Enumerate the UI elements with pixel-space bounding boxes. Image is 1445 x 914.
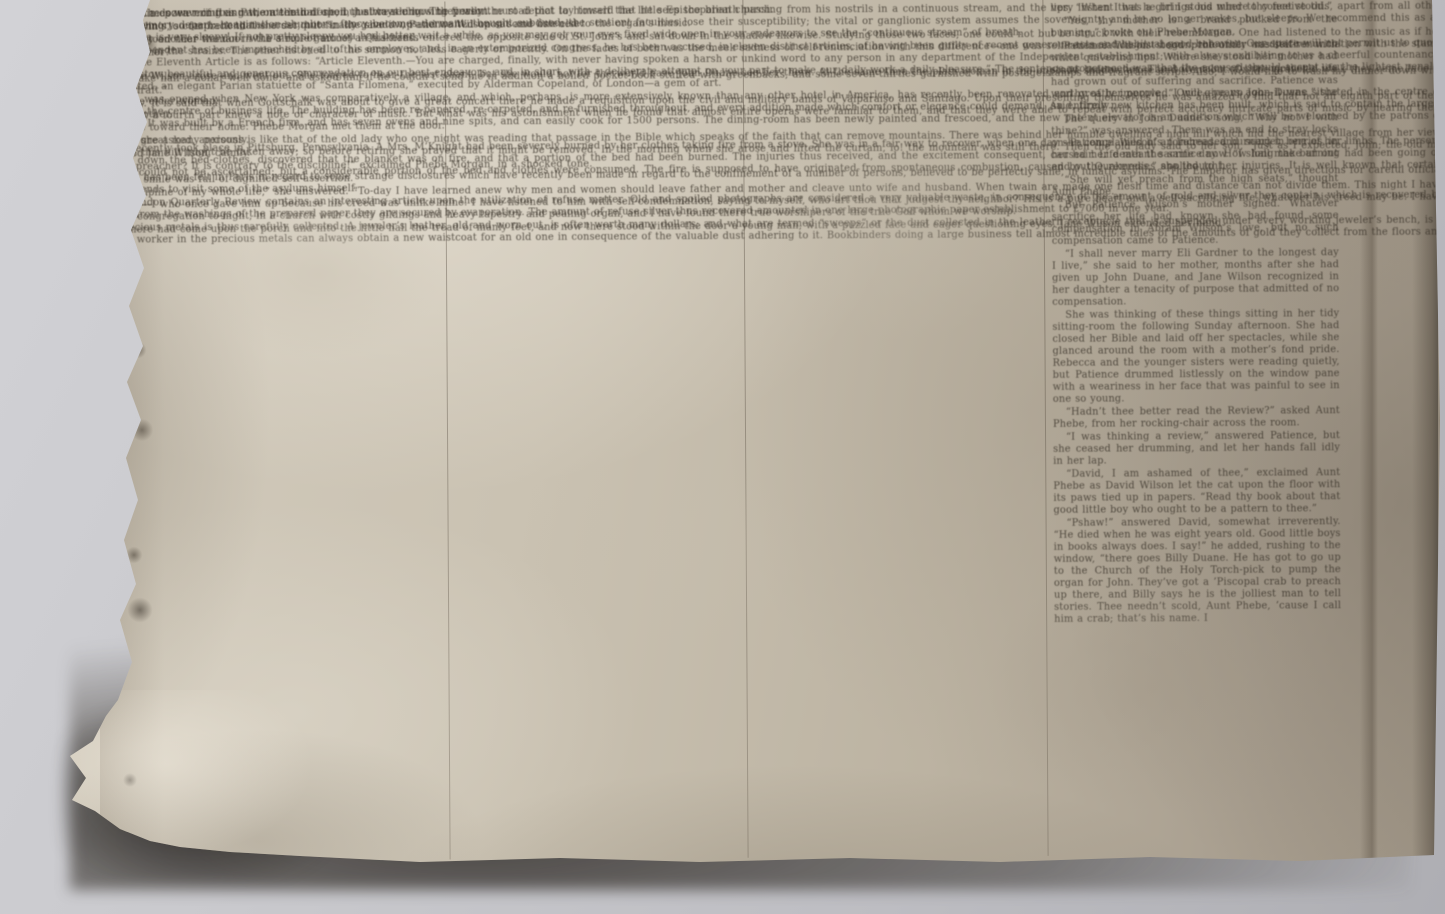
newspaper-page: lips. “When I was a girl I stood where t… [0, 0, 1445, 914]
column-4: I told him I would try half a dozen minu… [0, 0, 1445, 859]
text-columns: lips. “When I was a girl I stood where t… [0, 0, 1445, 864]
paragraph: Every refuse of the precious metals is t… [0, 214, 1444, 259]
photo-backdrop: lips. “When I was a girl I stood where t… [0, 0, 1445, 914]
